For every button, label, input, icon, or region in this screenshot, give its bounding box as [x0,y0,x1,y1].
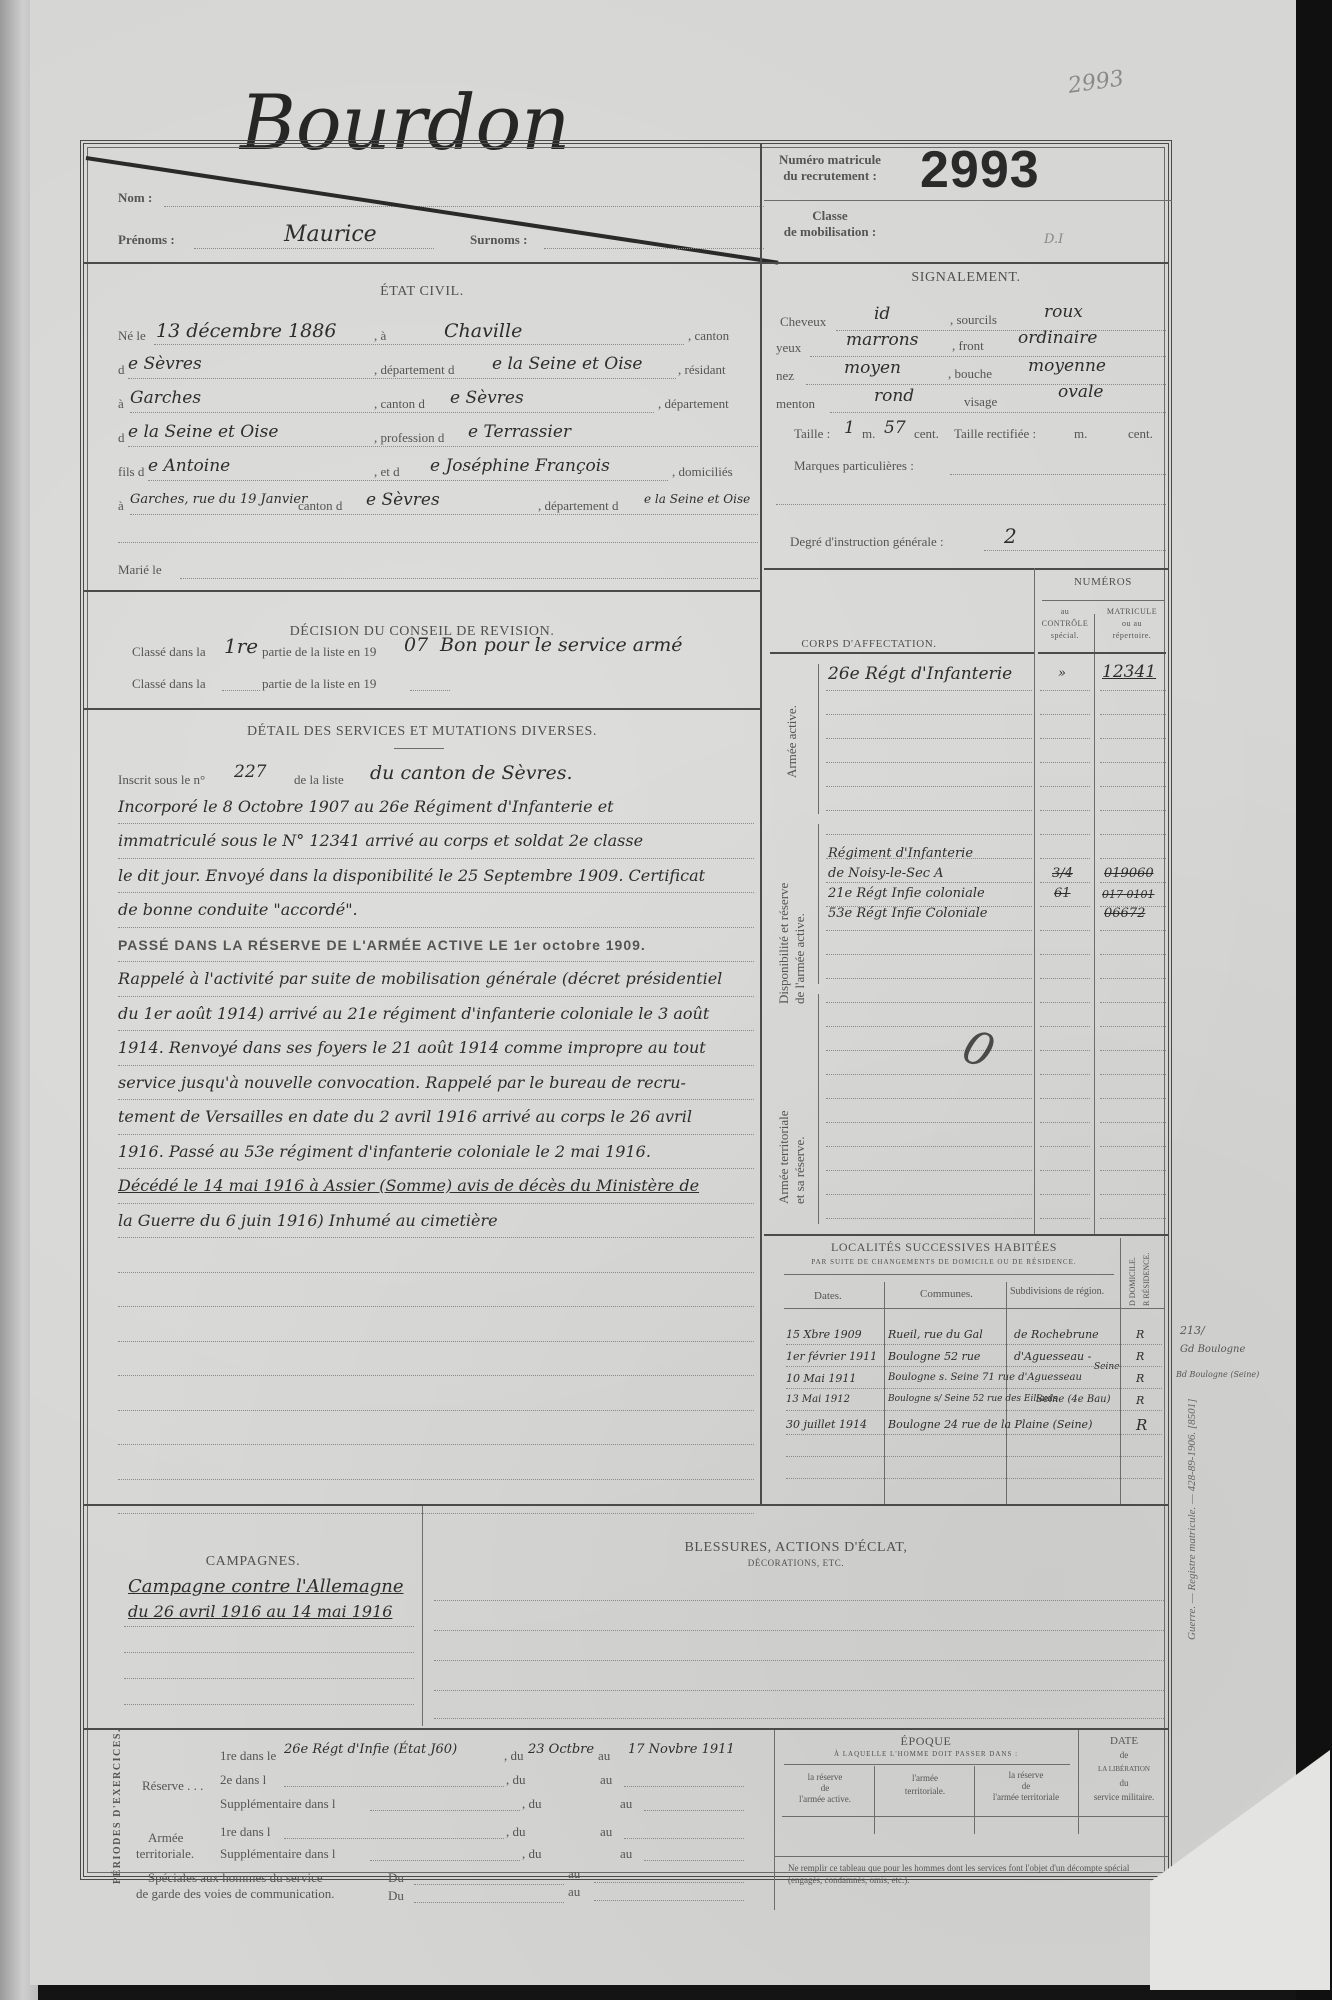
ne-le-label: Né le [118,328,146,344]
matricule-header-1: MATRICULE [1096,606,1168,618]
epoque-table-bottom [774,1856,1168,1857]
matricule-divider [764,200,1172,201]
et-de-label: , et d [374,464,400,480]
service-line [118,1273,754,1308]
epoque-col1-1: la réserve [778,1772,872,1783]
epoque-col1-2: de [778,1783,872,1794]
territoriale-mark: 0 [956,1019,1002,1080]
campagnes-divider [422,1506,423,1726]
service-line: service jusqu'à nouvelle convocation. Ra… [118,1066,754,1101]
signalement-title: SIGNALEMENT. [764,270,1168,286]
header-divider [84,262,1168,264]
territoriale-brace [818,994,819,1224]
conseil-divider [84,708,760,710]
residant-value: Garches [130,388,201,408]
service-line: du 1er août 1914) arrivé au 21e régiment… [118,997,754,1032]
visage-value: ovale [1058,382,1103,402]
col-dr-2: R RÉSIDENCE. [1140,1253,1154,1306]
profession-value: e Terrassier [468,422,571,442]
annee1-value: 07 [404,634,428,656]
affectation-title: CORPS D'AFFECTATION. [764,638,974,650]
affectation-active-matricule: 12341 [1102,662,1156,682]
r3-label: Supplémentaire dans l [220,1796,336,1812]
main-column-divider [760,144,762,1504]
t1-au: au [600,1824,612,1840]
signalement-divider [764,568,1168,570]
residant-line [130,412,654,413]
etat-civil-divider [84,590,760,592]
blank-line [118,542,758,543]
bouche-label: , bouche [948,366,992,382]
service-line-stamp: PASSÉ DANS LA RÉSERVE DE L'ARMÉE ACTIVE … [118,928,754,963]
ne-le-value: 13 décembre 1886 [156,320,336,342]
lower-divider [84,1504,1168,1506]
partie1-label: partie de la liste en 19 [262,644,376,660]
surnoms-label: Surnoms : [470,232,527,248]
epoque-col-divider-2 [974,1766,975,1834]
epoque-col1: la réserve de l'armée active. [778,1772,872,1805]
affectation-active-corps: 26e Régt d'Infanterie [828,664,1012,684]
classe-label-1: Classe [770,208,890,224]
date-col-3: LA LIBÉRATION [1080,1762,1168,1776]
date-liberation-divider [1078,1730,1079,1834]
matricule-label-1: Numéro matricule [770,152,890,168]
t2-au: au [620,1846,632,1862]
r1-au-label: au [598,1748,610,1764]
service-line [118,1307,754,1342]
periodes-divider [84,1728,1168,1730]
service-line: Rappelé à l'activité par suite de mobili… [118,962,754,997]
speciales-au-1: au [568,1866,580,1882]
service-line [118,1411,754,1446]
section-disponibilite-2: de l'armée active. [792,883,808,1004]
speciales-label-2: de garde des voies de communication. [136,1886,335,1902]
partie2-line [410,690,450,691]
speciales-label: Spéciales aux hommes du service de garde… [136,1870,335,1902]
service-line: tement de Versailles en date du 2 avril … [118,1100,754,1135]
prenoms-value: Maurice [284,222,377,247]
taille-m-value: 1 [844,418,855,438]
affectation-reserve-matricule: 017 0101 [1102,888,1155,901]
profession-label: , profession d [374,430,444,446]
yeux-label: yeux [776,340,801,356]
service-line: 1916. Passé au 53e régiment d'infanterie… [118,1135,754,1170]
localites-title: LOCALITÉS SUCCESSIVES HABITÉES [774,1240,1114,1255]
canton3-label: canton d [298,498,342,514]
localites-header-rule [784,1308,1164,1309]
classe-value: D.I [1044,232,1063,247]
service-line: Incorporé le 8 Octobre 1907 au 26e Régim… [118,790,754,825]
departement2-label: , département [658,396,729,412]
departement2-prefix: d [118,430,125,446]
taille-rectifiee-m: m. [1074,426,1087,442]
departement-value: e la Seine et Oise [492,354,642,374]
parents-line [148,480,668,481]
degre-value: 2 [1004,524,1017,548]
marie-label: Marié le [118,562,162,578]
services-text: Incorporé le 8 Octobre 1907 au 26e Régim… [118,755,754,1514]
speciales-du-2: Du [388,1888,404,1904]
blessures-subtitle: DÉCORATIONS, ETC. [424,1558,1168,1568]
a-label: , à [374,328,386,344]
epoque-subtitle: À LAQUELLE L'HOMME DOIT PASSER DANS : [776,1750,1076,1758]
decision-value: Bon pour le service armé [440,634,682,656]
dr-divider [1120,1238,1121,1504]
front-value: ordinaire [1018,328,1097,348]
menton-label: menton [776,396,815,412]
speciales-du-1: Du [388,1870,404,1886]
classe-label: Classe de mobilisation : [770,208,890,240]
affectation-header-rule [770,652,1034,654]
matricule-number: 2993 [920,140,1040,200]
r1-du-value: 23 Octbre [528,1742,594,1757]
domicile-value: Garches, rue du 19 Janvier [130,492,307,507]
service-line: la Guerre du 6 juin 1916) Inhumé au cime… [118,1204,754,1239]
marques-line-2 [776,504,1166,505]
affectation-reserve-corps: 53e Régt Infie Coloniale [828,906,987,921]
speciales-label-1: Spéciales aux hommes du service [136,1870,335,1886]
epoque-header-rule [782,1816,1168,1817]
nom-line [164,206,764,207]
nez-label: nez [776,368,794,384]
r2-au: au [600,1772,612,1788]
affectation-divider [764,1234,1168,1236]
localite-subdivision: de Rochebrune [1014,1328,1099,1341]
t2-label: Supplémentaire dans l [220,1846,336,1862]
reserve-brace [818,824,819,984]
localite-note: Bd Boulogne (Seine) [1176,1370,1259,1379]
r3-au: au [620,1796,632,1812]
t1-du: , du [506,1824,526,1840]
r1-value: 26e Régt d'Infie (État J60) [284,1742,457,1757]
etat-civil-title: ÉTAT CIVIL. [84,284,760,300]
localite-date: 15 Xbre 1909 [786,1328,862,1341]
departement-line [128,378,676,379]
t1-label: 1re dans l [220,1824,271,1840]
taille-m-label: m. [862,426,875,442]
campagnes-title: CAMPAGNES. [84,1554,422,1570]
services-title-rule [394,748,444,749]
section-territoriale-1: Armée territoriale [776,1111,792,1204]
epoque-left-divider [774,1730,775,1910]
marques-label: Marques particulières : [794,458,914,474]
localite-date: 30 juillet 1914 [786,1418,867,1431]
service-line: immatriculé sous le N° 12341 arrivé au c… [118,824,754,859]
taille-cent-label: cent. [914,426,939,442]
section-active-label: Armée active. [784,705,800,778]
matricule-col-divider [1094,614,1095,1234]
col-dates: Dates. [814,1290,842,1302]
date-col-2: de [1080,1748,1168,1762]
localite-dr: R [1136,1328,1144,1341]
departement-label: , département d [374,362,455,378]
departement3-label: , département d [538,498,619,514]
epoque-col3-2: de [976,1781,1076,1792]
degre-label: Degré d'instruction générale : [790,534,944,550]
localite-dr: R [1136,1350,1144,1363]
cheveux-value: id [874,304,890,324]
marie-line [180,578,758,579]
affectation-reserve-corps: Régiment d'Infanterie [828,846,973,861]
service-line [118,1445,754,1480]
localite-date: 1er février 1911 [786,1350,877,1363]
r3-du: , du [522,1796,542,1812]
sourcils-value: roux [1044,302,1083,322]
affectation-active-controle: » [1058,666,1066,681]
surnoms-line [544,248,764,249]
campagne-line: Campagne contre l'Allemagne [128,1576,403,1597]
col-dr: D DOMICILE. R RÉSIDENCE. [1126,1253,1154,1306]
affectation-reserve-corps: 21e Régt Infie coloniale [828,886,985,901]
ne-le-line [154,344,684,345]
dates-divider [884,1282,885,1504]
r1-du-label: , du [504,1748,524,1764]
classe2-label: Classé dans la [132,676,206,692]
armee-label-2: territoriale. [136,1846,194,1862]
epoque-col-divider-1 [874,1766,875,1834]
r1-au-value: 17 Novbre 1911 [628,1742,735,1757]
localite-dr: R [1136,1416,1147,1434]
epoque-note: Ne remplir ce tableau que pour les homme… [788,1862,1164,1886]
r2-label: 2e dans l [220,1772,266,1788]
canton3-value: e Sèvres [366,490,440,510]
partie2-label: partie de la liste en 19 [262,676,376,692]
matricule-header-3: répertoire. [1096,630,1168,642]
localite-commune: Boulogne s/ Seine 52 rue des Eillauls [888,1394,1058,1404]
matricule-label: Numéro matricule du recrutement : [770,152,890,184]
localite-commune: Boulogne s. Seine 71 rue d'Aguesseau [888,1372,1082,1383]
canton2-value: e Sèvres [450,388,524,408]
service-line: le dit jour. Envoyé dans la disponibilit… [118,859,754,894]
date-liberation-header: DATE de LA LIBÉRATION du service militai… [1080,1734,1168,1804]
controle-header-3: spécial. [1036,630,1094,642]
classe-label-2: de mobilisation : [770,224,890,240]
taille-rectifiee-cent: cent. [1128,426,1153,442]
affectation-reserve-controle: 3/4 [1052,866,1073,881]
localites-subtitle: PAR SUITE DE CHANGEMENTS DE DOMICILE OU … [774,1258,1114,1266]
affectation-reserve-matricule: 06672 [1104,906,1145,921]
controle-header-1: au [1036,606,1094,618]
matricule-header: MATRICULE ou au répertoire. [1096,606,1168,642]
localite-subdivision: d'Aguesseau - [1014,1350,1091,1363]
date-col-1: DATE [1080,1734,1168,1748]
epoque-title: ÉPOQUE [776,1734,1076,1749]
t2-du: , du [522,1846,542,1862]
epoque-col3-3: l'armée territoriale [976,1792,1076,1803]
date-col-5: service militaire. [1080,1790,1168,1804]
taille-label: Taille : [794,426,830,442]
affectation-reserve-controle: 61 [1054,886,1071,901]
services-title: DÉTAIL DES SERVICES ET MUTATIONS DIVERSE… [84,724,760,740]
section-disponibilite-1: Disponibilité et réserve [776,883,792,1004]
epoque-col1-3: l'armée active. [778,1794,872,1805]
domicilies-label: , domiciliés [672,464,733,480]
epoque-col3: la réserve de l'armée territoriale [976,1770,1076,1803]
profession-line [128,446,758,447]
localite-commune: Boulogne 24 rue de la Plaine (Seine) [888,1418,1092,1431]
date-col-4: du [1080,1776,1168,1790]
localites-title-rule [784,1274,1114,1275]
speciales-au-2: au [568,1884,580,1900]
birthplace-value: Chaville [444,320,522,342]
numeros-rule [1042,600,1164,601]
classe1-label: Classé dans la [132,644,206,660]
epoque-col3-1: la réserve [976,1770,1076,1781]
prenoms-label: Prénoms : [118,232,175,248]
localite-date: 13 Mai 1912 [786,1394,850,1405]
r2-du: , du [506,1772,526,1788]
epoque-col2: l'armée territoriale. [878,1772,972,1798]
numeros-title: NUMÉROS [1038,576,1168,588]
service-line: Décédé le 14 mai 1916 à Assier (Somme) a… [118,1169,754,1204]
menton-line [830,412,1166,413]
blessures-title: BLESSURES, ACTIONS D'ÉCLAT, [424,1540,1168,1556]
localite-dr: R [1136,1372,1144,1385]
pere-value: e Antoine [148,456,230,476]
prenoms-line [194,248,434,249]
margin-imprint: Guerre. — Registre matricule. — 428-89-1… [1186,1399,1198,1640]
service-line [118,1376,754,1411]
mere-value: e Joséphine François [430,456,610,476]
affectation-reserve-corps: de Noisy-le-Sec A [828,866,944,881]
taille-rectifiee-label: Taille rectifiée : [954,426,1036,442]
section-disponibilite-label: Disponibilité et réserve de l'armée acti… [776,883,808,1004]
cheveux-label: Cheveux [780,314,826,330]
communes-divider [1006,1282,1007,1504]
fils-label: fils d [118,464,144,480]
service-line [118,1342,754,1377]
col-dr-1: D DOMICILE. [1126,1253,1140,1306]
r1-label: 1re dans le [220,1748,276,1764]
nez-value: moyen [844,358,901,378]
numeros-header-rule [1038,652,1166,654]
campagne-line: du 26 avril 1916 au 14 mai 1916 [128,1602,392,1621]
classe2-line [222,690,260,691]
localite-commune: Boulogne 52 rue [888,1350,980,1363]
departement2-value: e la Seine et Oise [128,422,278,442]
section-territoriale-label: Armée territoriale et sa réserve. [776,1111,808,1204]
controle-header-2: CONTRÔLE [1036,618,1094,630]
active-brace [818,664,819,814]
localite-date: 10 Mai 1911 [786,1372,856,1385]
col-communes: Communes. [920,1288,973,1300]
affectation-reserve-matricule: 019060 [1104,866,1154,881]
residant-label: , résidant [678,362,726,378]
front-label: , front [952,338,984,354]
nez-line [806,384,1166,385]
degre-line [984,550,1166,551]
periodes-side-label: PÉRIODES D'EXERCICES. [112,1728,123,1884]
controle-header: au CONTRÔLE spécial. [1036,606,1094,642]
classe1-value: 1re [224,634,258,658]
localite-dr: R [1136,1394,1144,1407]
marques-line [950,474,1166,475]
canton2-label: , canton d [374,396,425,412]
sourcils-label: , sourcils [950,312,997,328]
localite-commune: Rueil, rue du Gal [888,1328,983,1341]
visage-label: visage [964,394,997,410]
canton-label: , canton [688,328,729,344]
reserve-label: Réserve . . . [142,1778,203,1794]
section-territoriale-2: et sa réserve. [792,1111,808,1204]
service-line [118,1480,754,1515]
localite-note: Gd Boulogne [1180,1344,1245,1355]
epoque-col2-2: territoriale. [878,1785,972,1798]
departement3-value: e la Seine et Oise [644,492,750,506]
epoque-rule [784,1764,1070,1765]
matricule-header-2: ou au [1096,618,1168,630]
yeux-value: marrons [846,330,918,350]
matricule-form: Nom : Prénoms : Maurice Surnoms : Numéro… [80,140,1172,1880]
residant-prefix: à [118,396,124,412]
bouche-value: moyenne [1028,356,1106,376]
menton-value: rond [874,386,914,406]
canton-value: e Sèvres [128,354,202,374]
localite-subdivision: Seine (4e Bau) [1036,1394,1111,1405]
epoque-col2-1: l'armée [878,1772,972,1785]
localite-subdivision: Seine [1094,1362,1120,1372]
armee-label-1: Armée [148,1830,183,1846]
matricule-label-2: du recrutement : [770,168,890,184]
domicile-prefix: à [118,498,124,514]
service-line: 1914. Renvoyé dans ses foyers le 21 août… [118,1031,754,1066]
service-line: de bonne conduite "accordé". [118,893,754,928]
localite-note: 213/ [1180,1324,1205,1337]
yeux-line [810,356,1166,357]
col-subdivisions: Subdivisions de région. [1010,1286,1104,1297]
right-dark-edge [1296,0,1332,2000]
taille-cent-value: 57 [884,418,906,438]
domicile-line [130,514,758,515]
service-line [118,1238,754,1273]
nom-label: Nom : [118,190,152,206]
